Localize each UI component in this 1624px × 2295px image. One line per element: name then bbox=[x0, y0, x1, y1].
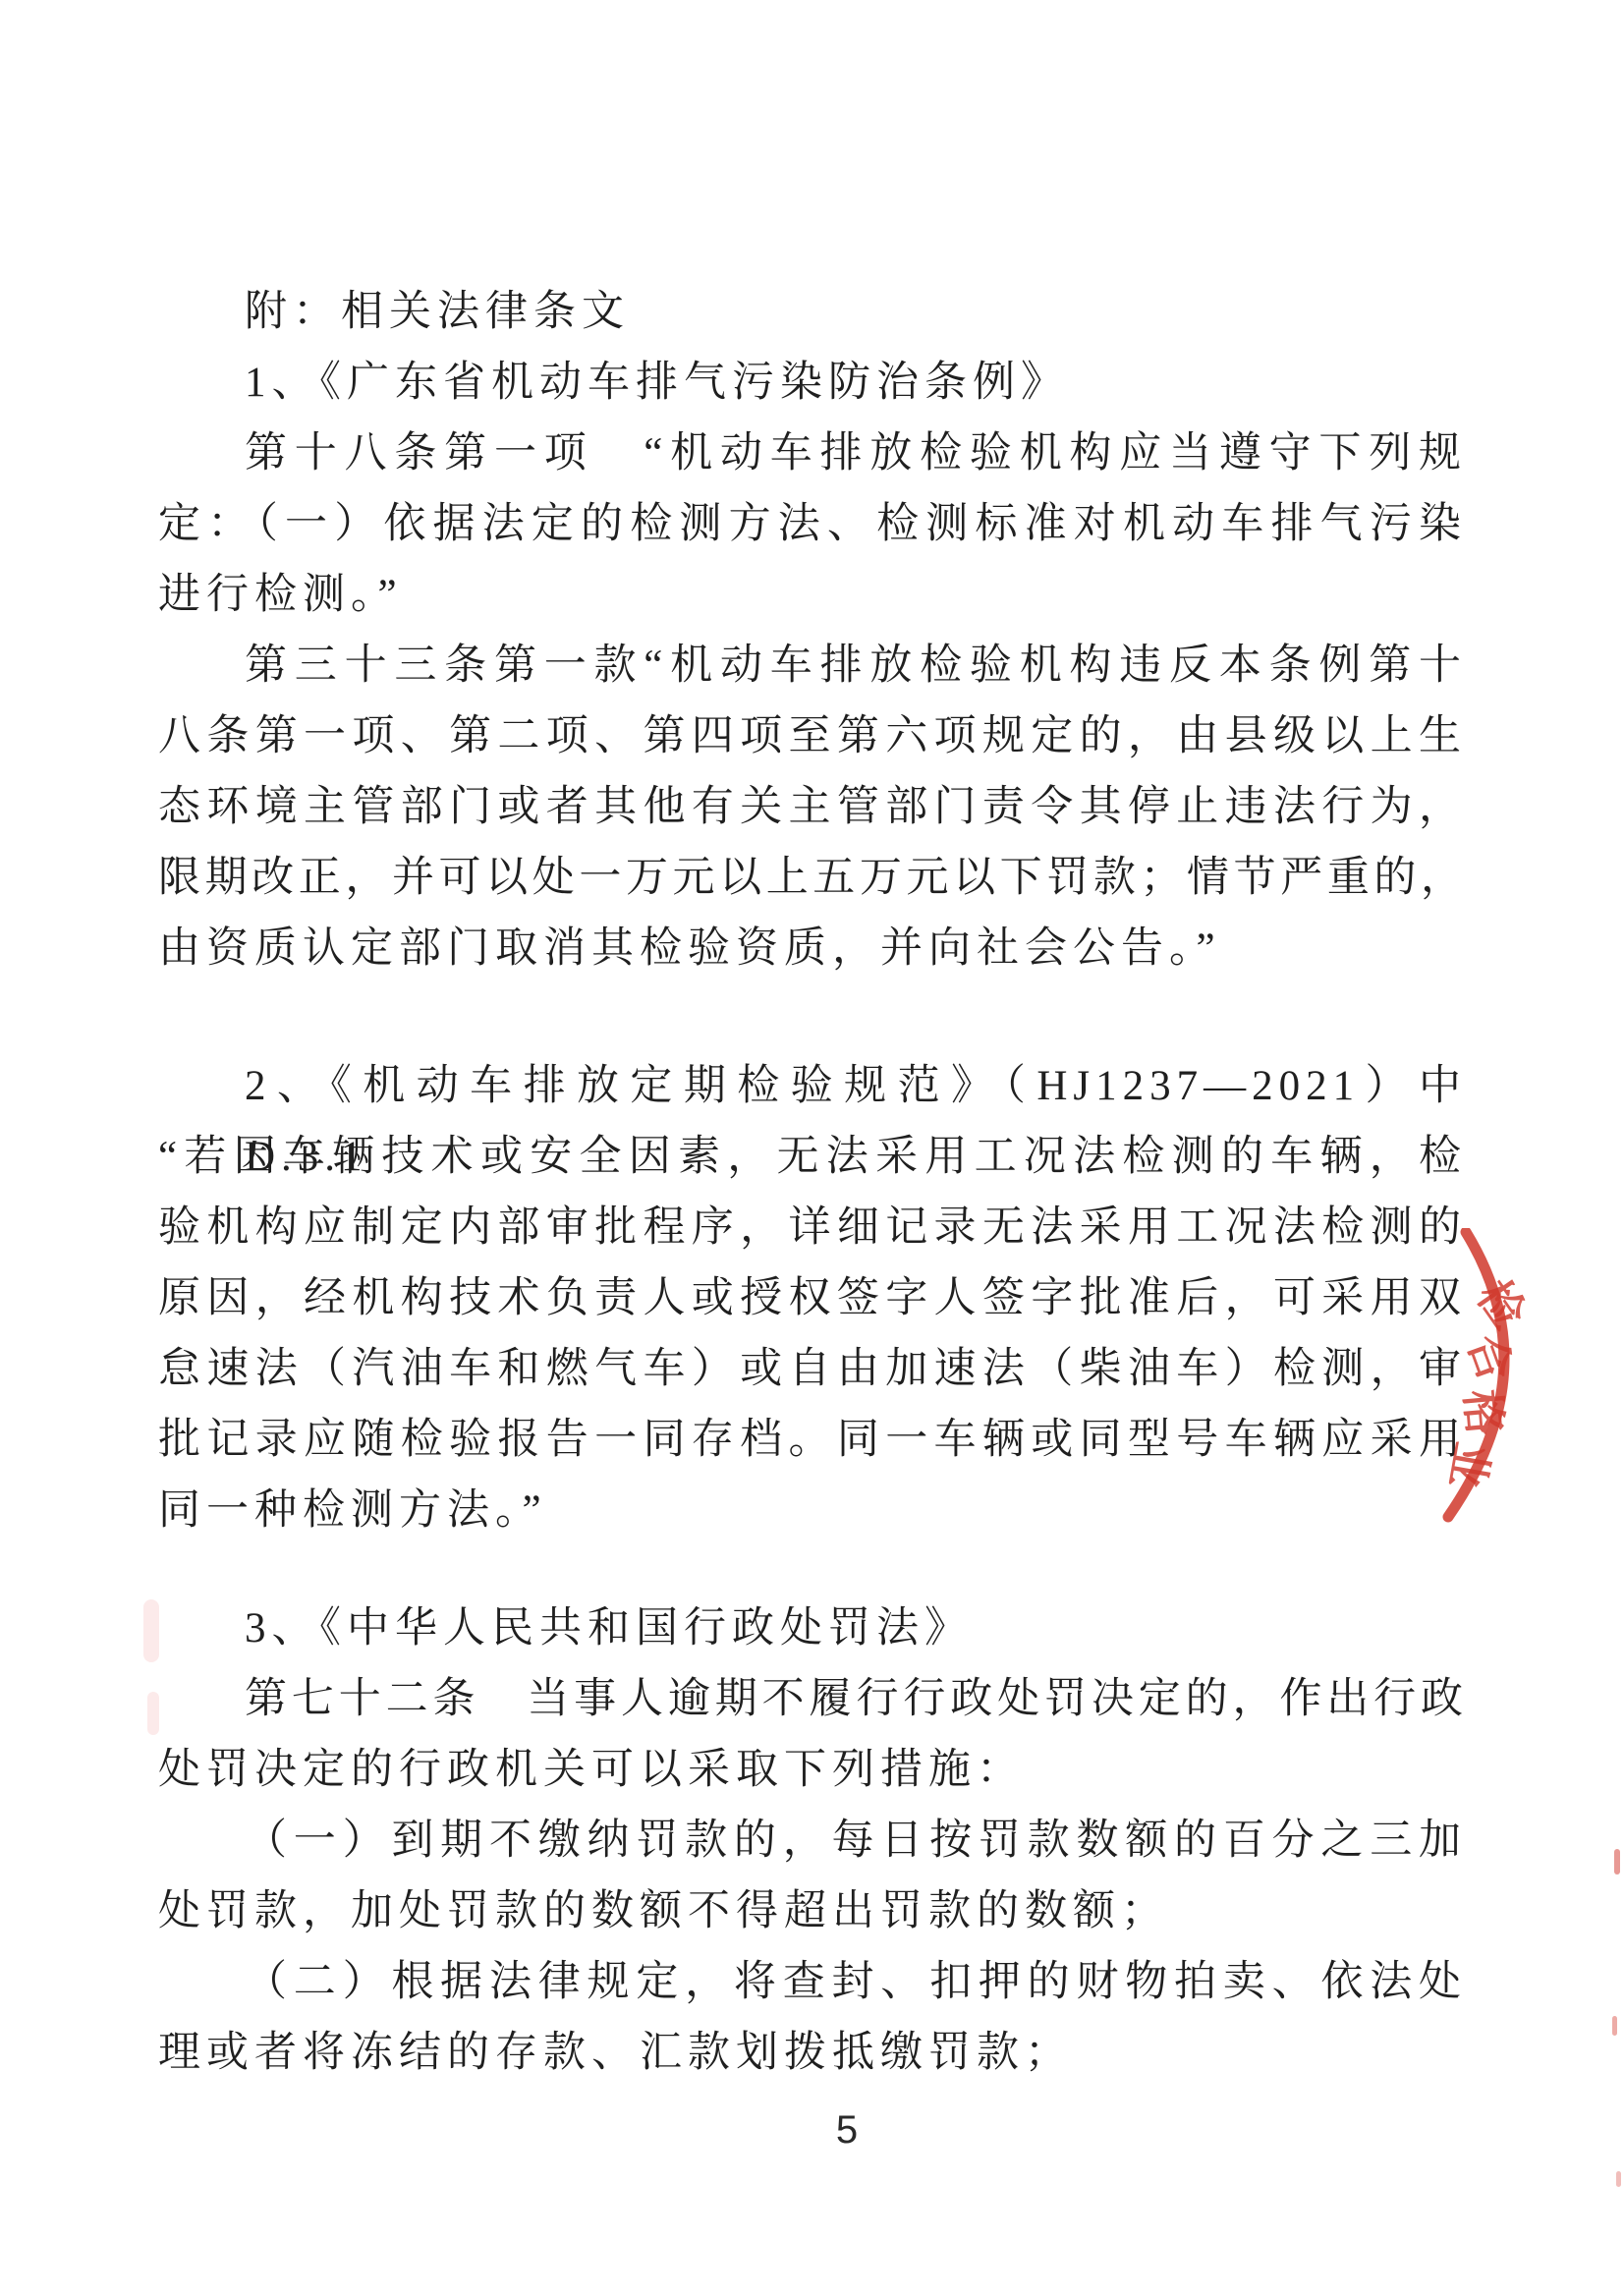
text-line: 八条第一项、第二项、第四项至第六项规定的，由县级以上生 bbox=[158, 701, 1467, 772]
text-line: 理或者将冻结的存款、汇款划拨抵缴罚款； bbox=[158, 2018, 1467, 2089]
text-line: 同一种检测方法。” bbox=[158, 1476, 1467, 1546]
text-line: 3、《中华人民共和国行政处罚法》 bbox=[158, 1594, 1467, 1664]
text-line: 批记录应随检验报告一同存档。同一车辆或同型号车辆应采用 bbox=[158, 1405, 1467, 1476]
ink-speck bbox=[1614, 1849, 1620, 1875]
text-line: 第三十三条第一款“机动车排放检验机构违反本条例第十 bbox=[158, 631, 1467, 701]
bleed-through-smudge bbox=[147, 1692, 159, 1735]
blank-line bbox=[158, 1546, 1467, 1594]
text-line: 2、《机动车排放定期检验规范》（HJ1237—2021）中 D.3.1 bbox=[158, 1051, 1467, 1122]
ink-speck bbox=[1616, 2171, 1621, 2187]
text-line: （二）根据法律规定，将查封、扣押的财物拍卖、依法处 bbox=[158, 1947, 1467, 2018]
text-line: 原因，经机构技术负责人或授权签字人签字批准后，可采用双 bbox=[158, 1263, 1467, 1334]
text-line: 由资质认定部门取消其检验资质，并向社会公告。” bbox=[158, 914, 1467, 984]
stamp-character: 检 bbox=[1468, 1271, 1535, 1337]
bleed-through-smudge bbox=[143, 1599, 159, 1662]
text-line: 附：相关法律条文 bbox=[158, 277, 1467, 348]
page-number: 5 bbox=[0, 2108, 1624, 2153]
text-line: “若因车辆技术或安全因素，无法采用工况法检测的车辆，检 bbox=[158, 1122, 1467, 1193]
blank-line bbox=[158, 984, 1467, 1051]
document-body: 附：相关法律条文1、《广东省机动车排气污染防治条例》第十八条第一项 “机动车排放… bbox=[158, 277, 1467, 2089]
text-line: 1、《广东省机动车排气污染防治条例》 bbox=[158, 348, 1467, 419]
document-page: 附：相关法律条文1、《广东省机动车排气污染防治条例》第十八条第一项 “机动车排放… bbox=[0, 0, 1624, 2295]
text-line: 验机构应制定内部审批程序，详细记录无法采用工况法检测的 bbox=[158, 1193, 1467, 1263]
stamp-character: 合 bbox=[1459, 1328, 1522, 1388]
text-line: 进行检测。” bbox=[158, 560, 1467, 631]
text-line: 态环境主管部门或者其他有关主管部门责令其停止违法行为， bbox=[158, 772, 1467, 843]
ink-speck bbox=[1612, 2016, 1617, 2036]
text-line: 怠速法（汽油车和燃气车）或自由加速法（柴油车）检测，审 bbox=[158, 1334, 1467, 1405]
text-line: 第十八条第一项 “机动车排放检验机构应当遵守下列规 bbox=[158, 419, 1467, 489]
text-line: （一）到期不缴纳罚款的，每日按罚款数额的百分之三加 bbox=[158, 1806, 1467, 1876]
text-line: 处罚决定的行政机关可以采取下列措施： bbox=[158, 1735, 1467, 1806]
text-line: 第七十二条 当事人逾期不履行行政处罚决定的，作出行政 bbox=[158, 1664, 1467, 1735]
text-line: 限期改正，并可以处一万元以上五万元以下罚款；情节严重的， bbox=[158, 843, 1467, 914]
text-line: 处罚款，加处罚款的数额不得超出罚款的数额； bbox=[158, 1876, 1467, 1947]
text-line: 定：（一）依据法定的检测方法、检测标准对机动车排气污染 bbox=[158, 489, 1467, 560]
